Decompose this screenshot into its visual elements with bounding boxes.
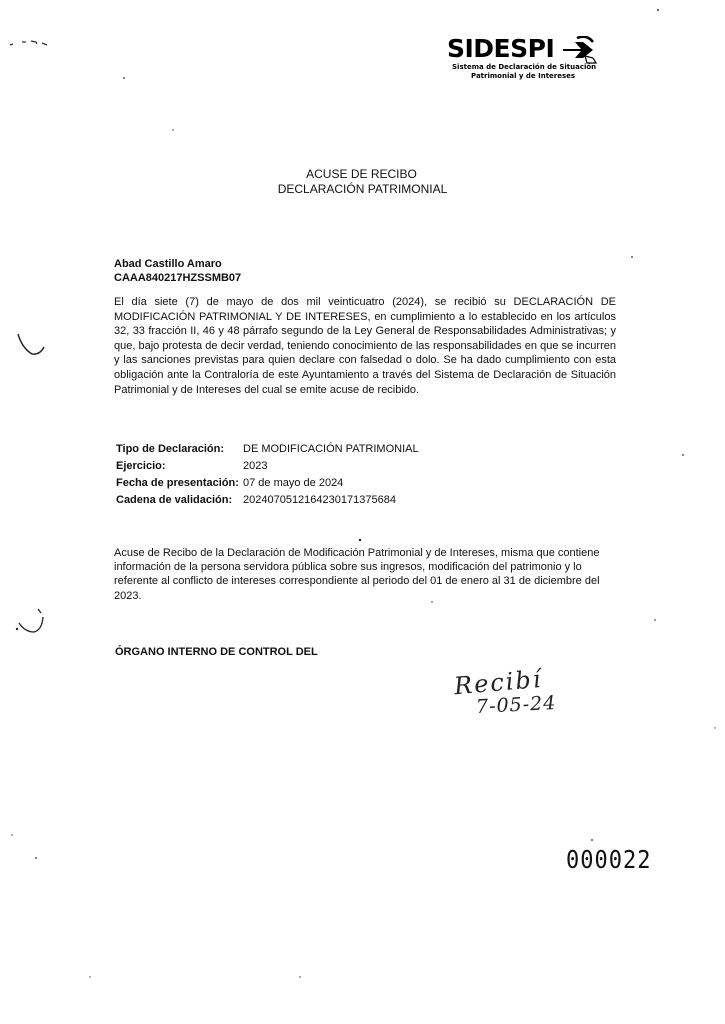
detail-value: DE MODIFICACIÓN PATRIMONIAL bbox=[243, 441, 419, 458]
folio-number: 000022 bbox=[566, 846, 651, 875]
detail-value: 20240705121642301713756​84 bbox=[243, 492, 396, 509]
detail-value: 07 de mayo de 2024 bbox=[243, 475, 343, 492]
handwritten-date: 7-05-24 bbox=[475, 692, 556, 718]
detail-label: Tipo de Declaración: bbox=[116, 441, 243, 458]
sidespi-logo: SIDESPI Sistema de Declaración de Situac… bbox=[447, 36, 597, 81]
arrow-logo-icon bbox=[563, 36, 597, 64]
detail-label: Cadena de validación: bbox=[116, 492, 243, 509]
declaration-details: Tipo de Declaración: DE MODIFICACIÓN PAT… bbox=[116, 441, 419, 509]
declarant-name: Abad Castillo Amaro bbox=[114, 257, 241, 271]
detail-row-cadena: Cadena de validación: 202407051216423017… bbox=[116, 492, 419, 509]
handwritten-receipt-note: Recibí 7-05-24 bbox=[454, 668, 556, 716]
detail-row-ejercicio: Ejercicio: 2023 bbox=[116, 458, 419, 475]
declarant-rfc: CAAA840217HZSSMB07 bbox=[114, 271, 241, 285]
detail-label: Fecha de presentación: bbox=[116, 475, 243, 492]
title-line-1: ACUSE DE RECIBO bbox=[0, 167, 725, 182]
logo-subtitle-1: Sistema de Declaración de Situación bbox=[452, 63, 597, 72]
detail-value: 2023 bbox=[243, 458, 267, 475]
receipt-paragraph: El día siete (7) de mayo de dos mil vein… bbox=[114, 295, 616, 397]
organo-interno-heading: ÓRGANO INTERNO DE CONTROL DEL bbox=[115, 646, 318, 658]
detail-label: Ejercicio: bbox=[116, 458, 243, 475]
title-line-2: DECLARACIÓN PATRIMONIAL bbox=[0, 182, 725, 197]
declarant-block: Abad Castillo Amaro CAAA840217HZSSMB07 bbox=[114, 257, 241, 285]
document-title: ACUSE DE RECIBO DECLARACIÓN PATRIMONIAL bbox=[0, 167, 725, 197]
detail-row-fecha: Fecha de presentación: 07 de mayo de 202… bbox=[116, 475, 419, 492]
detail-row-tipo: Tipo de Declaración: DE MODIFICACIÓN PAT… bbox=[116, 441, 419, 458]
logo-subtitle-2: Patrimonial y de Intereses bbox=[471, 72, 597, 81]
summary-paragraph: Acuse de Recibo de la Declaración de Mod… bbox=[114, 546, 614, 603]
